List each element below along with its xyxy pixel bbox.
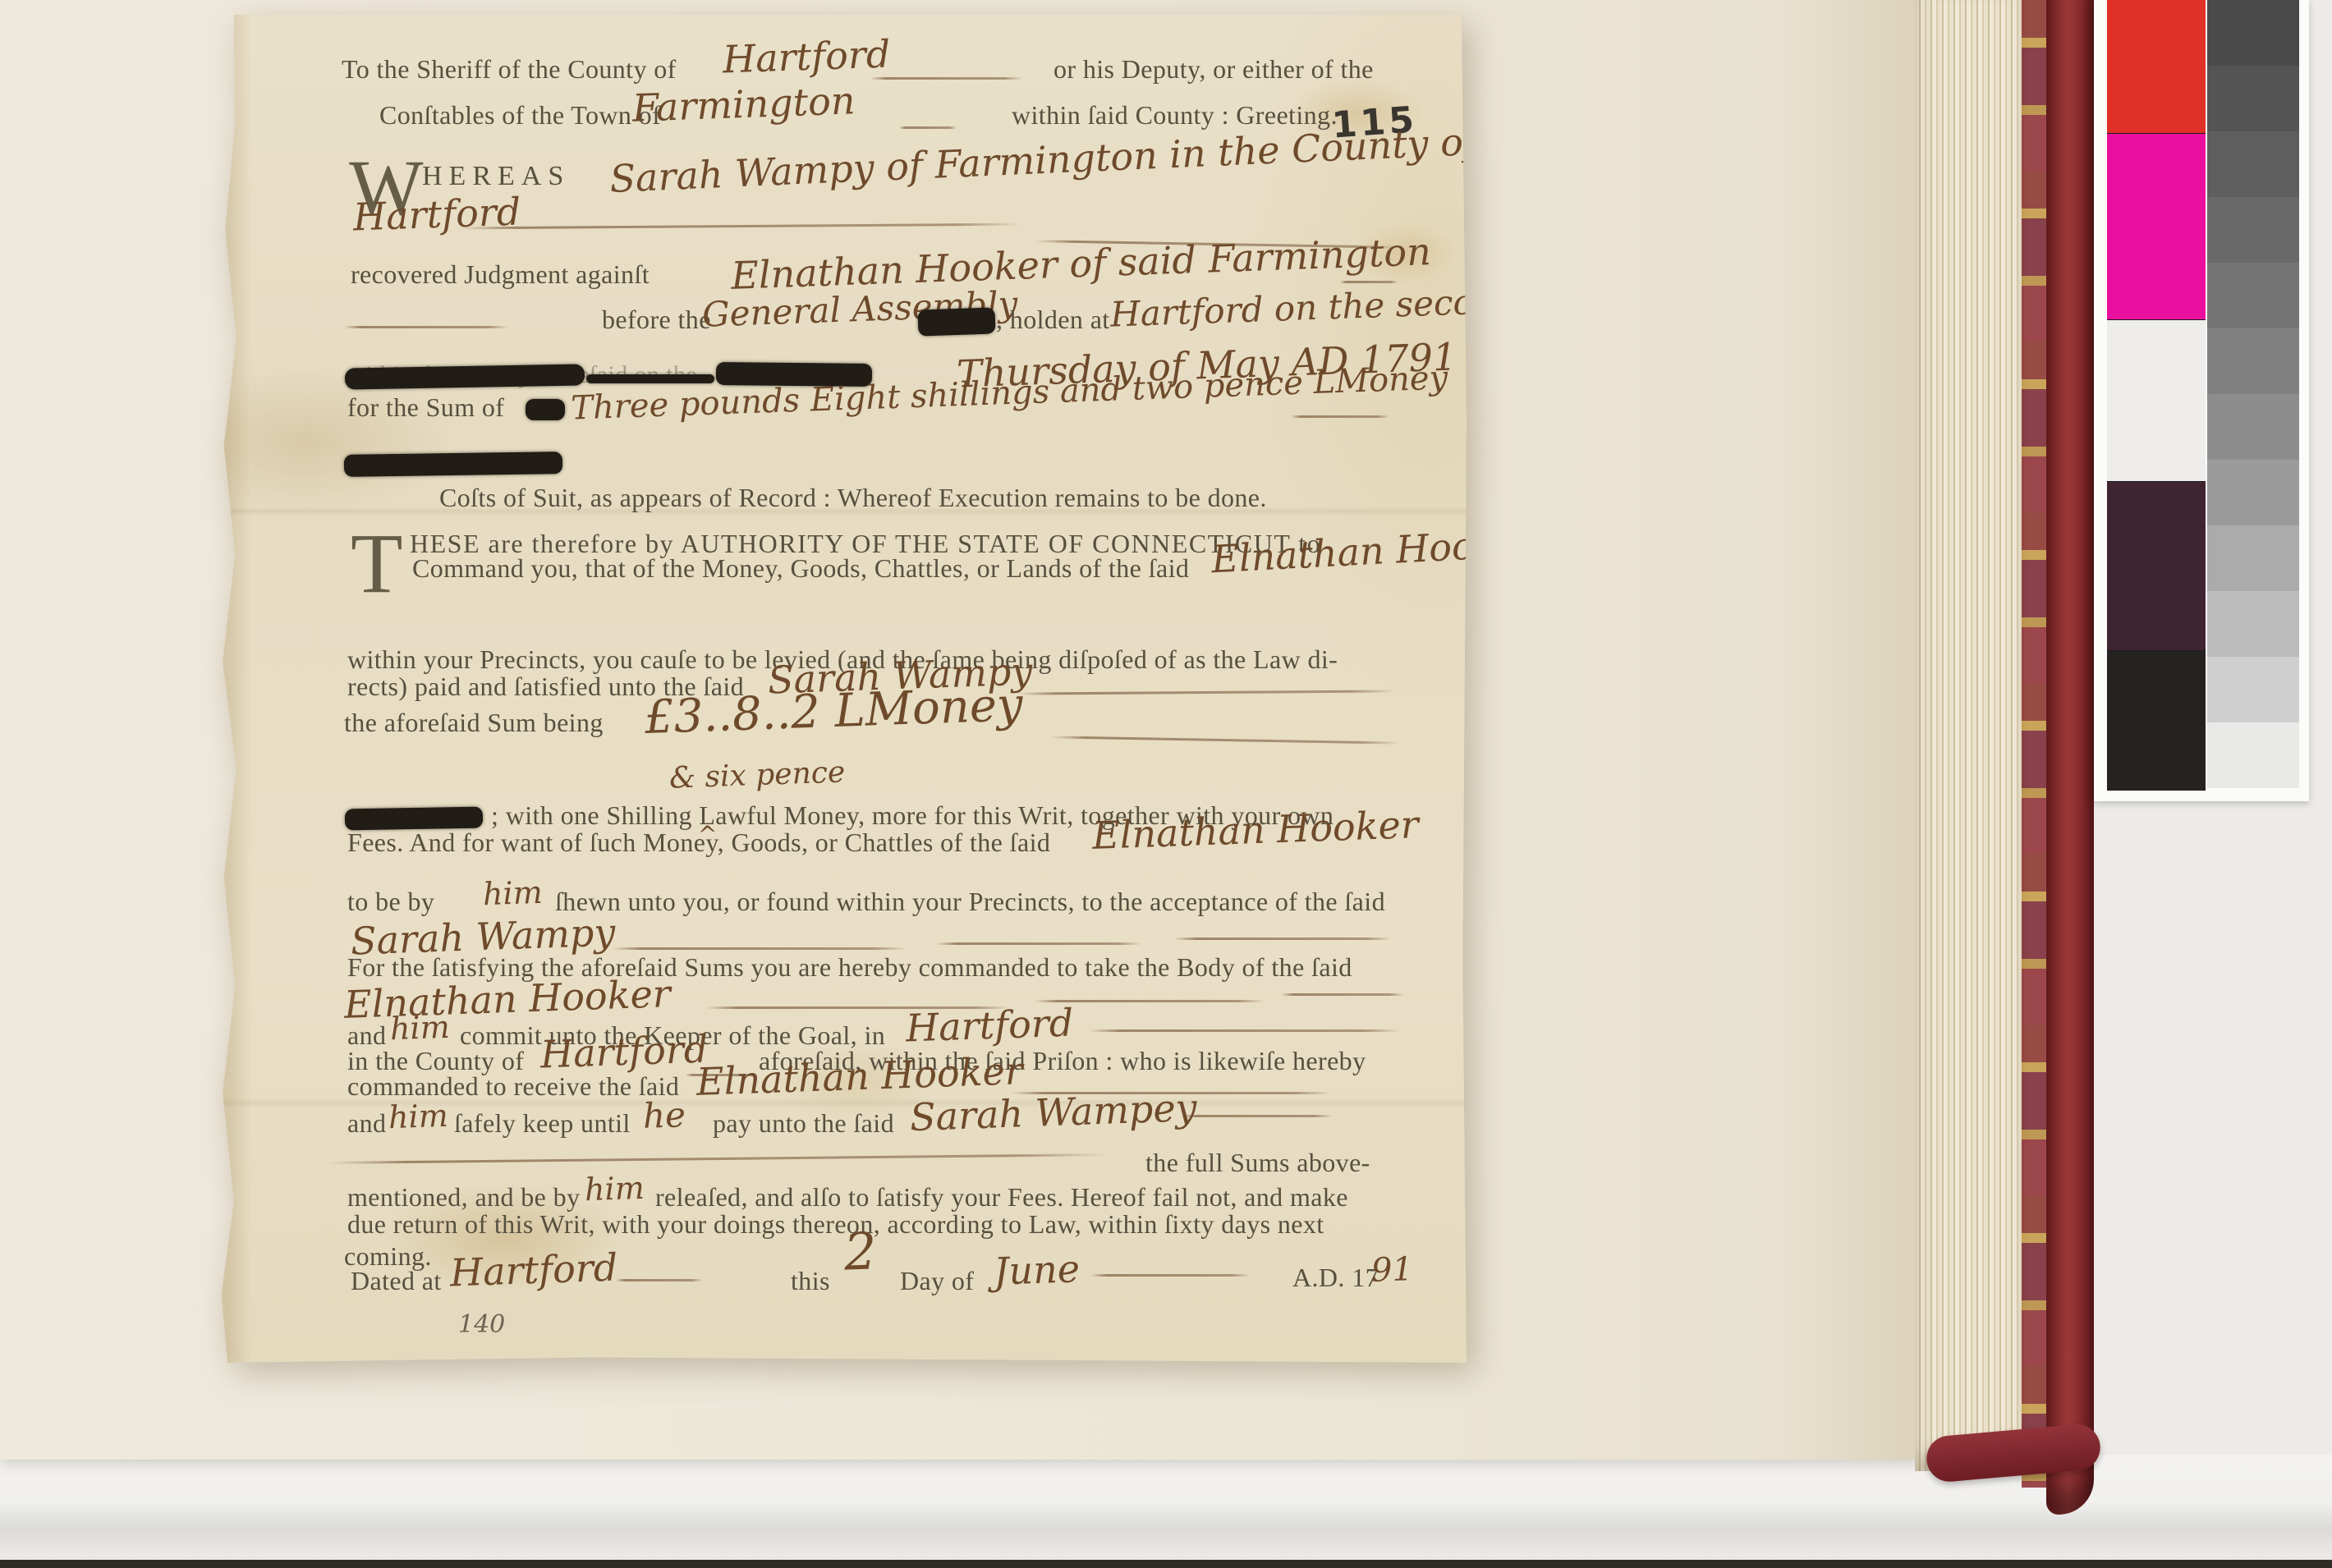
- printed-mentioned-post: releaſed, and alſo to ſatisfy your Fees.…: [655, 1182, 1348, 1213]
- handwritten-town-farmington: Farmington: [631, 78, 856, 130]
- printed-before-the: before the: [602, 305, 711, 335]
- printed-pay-unto: pay unto the ſaid: [713, 1108, 894, 1139]
- handwritten-day-number: 2: [843, 1221, 878, 1281]
- printed-shewn-line: ſhewn unto you, or found within your Pre…: [555, 887, 1385, 917]
- handwritten-county-hartford: Hartford: [722, 31, 891, 81]
- handwritten-pay-to-name: Sarah Wampey: [909, 1085, 1197, 1139]
- ink-blot: [526, 399, 565, 420]
- printed-or-his-deputy: or his Deputy, or either of the: [1054, 54, 1374, 85]
- printed-greeting: within ſaid County : Greeting.: [1012, 100, 1338, 131]
- printed-ad-17: A.D. 17: [1292, 1263, 1379, 1293]
- photo-scene: To the Sheriff of the County of Hartford…: [0, 0, 2332, 1568]
- printed-due-return: due return of this Writ, with your doing…: [347, 1209, 1324, 1240]
- printed-and-2: and: [347, 1108, 386, 1139]
- printed-sheriff-of-county: To the Sheriff of the County of: [342, 54, 677, 85]
- gray-step: [2207, 394, 2299, 460]
- gray-step: [2207, 66, 2299, 131]
- handwritten-year: 91: [1370, 1250, 1413, 1290]
- handwritten-rule: [460, 223, 1022, 230]
- printed-command-line: Command you, that of the Money, Goods, C…: [412, 553, 1189, 584]
- printed-dropcap-t: T: [351, 525, 403, 603]
- color-patch-black: [2107, 651, 2206, 791]
- handwritten-he: he: [642, 1094, 686, 1136]
- leather-cover-edge: [2046, 0, 2094, 1515]
- gray-step: [2207, 460, 2299, 525]
- gray-step: [2207, 657, 2299, 722]
- printed-whereas: HEREAS: [422, 161, 570, 192]
- printed-for-the-sum: for the Sum of: [347, 392, 504, 423]
- printed-safely-keep: ſafely keep until: [454, 1108, 631, 1139]
- handwritten-him: him: [482, 874, 543, 913]
- color-patch-white: [2107, 320, 2206, 482]
- marbled-edge: [2022, 0, 2050, 1488]
- color-bar-patches: [2107, 0, 2206, 791]
- printed-this: this: [791, 1266, 830, 1296]
- printed-holden-at: , holden at: [996, 305, 1110, 335]
- printed-costs-of-suit: Coſts of Suit, as appears of Record : Wh…: [439, 483, 1267, 513]
- handwritten-rule: [1174, 938, 1392, 940]
- writ-document: To the Sheriff of the County of Hartford…: [215, 15, 1467, 1363]
- handwritten-plaintiff-line: Sarah Wampy of Farmington in the County …: [608, 119, 1478, 201]
- handwritten-him: him: [389, 1009, 450, 1048]
- handwritten-him: him: [584, 1170, 645, 1208]
- printed-day-of: Day of: [900, 1266, 974, 1296]
- gray-step: [2207, 525, 2299, 591]
- printed-recovered-judgment: recovered Judgment againſt: [351, 259, 650, 290]
- gray-step: [2207, 263, 2299, 328]
- handwritten-rule: [328, 1153, 1109, 1164]
- gray-step: [2207, 722, 2299, 788]
- printed-dated-at: Dated at: [351, 1266, 442, 1296]
- handwritten-rule: [616, 1279, 702, 1281]
- handwritten-rule: [344, 326, 508, 328]
- ink-blot: [917, 307, 995, 336]
- ink-strike: [586, 374, 714, 383]
- color-patch-maroon: [2107, 482, 2206, 651]
- gray-step: [2207, 131, 2299, 197]
- printed-aforesaid-sum: the aforeſaid Sum being: [344, 708, 604, 738]
- handwritten-insertion-sixpence: & six pence: [668, 755, 846, 795]
- handwritten-holden-place: Hartford on the second: [1109, 280, 1518, 334]
- handwritten-him: him: [388, 1098, 448, 1136]
- gray-step: [2207, 328, 2299, 394]
- handwritten-goal-place: Hartford: [905, 1000, 1074, 1050]
- printed-full-sums: the full Sums above-: [1145, 1148, 1370, 1178]
- printed-to-be-by: to be by: [347, 887, 434, 917]
- printed-shilling-line2: Fees. And for want of ſuch Money, Goods,…: [347, 828, 1050, 858]
- handwritten-rule: [612, 947, 907, 950]
- handwritten-rule: [1089, 1029, 1401, 1032]
- handwritten-rule: [1051, 736, 1400, 744]
- printed-receive-line: commanded to receive the ſaid: [347, 1071, 679, 1102]
- handwritten-rule: [936, 942, 1141, 945]
- handwritten-flourish: [1340, 281, 1398, 283]
- gray-step: [2207, 591, 2299, 657]
- handwritten-dated-place: Hartford: [449, 1245, 618, 1295]
- gray-step: [2207, 0, 2299, 66]
- book-page-edges: [1915, 0, 2028, 1471]
- ink-strike: [345, 364, 585, 389]
- album-footer-number: 140: [458, 1310, 505, 1339]
- handwritten-rule: [1281, 993, 1404, 996]
- gray-scale-steps: [2207, 0, 2299, 788]
- handwritten-month: June: [993, 1246, 1081, 1294]
- handwritten-county-hartford-2: Hartford: [352, 189, 521, 239]
- printed-constables-of-town: Conſtables of the Town of: [379, 100, 661, 131]
- handwritten-rule: [1181, 1115, 1333, 1117]
- handwritten-rule: [1090, 1274, 1251, 1277]
- writ-document-wrap: To the Sheriff of the County of Hartford…: [215, 15, 1467, 1363]
- printed-mentioned-pre: mentioned, and be by: [347, 1182, 580, 1213]
- gray-step: [2207, 197, 2299, 263]
- handwritten-rule: [1018, 690, 1396, 695]
- color-patch-magenta: [2107, 134, 2206, 320]
- ink-strike: [344, 452, 562, 477]
- handwritten-rule: [870, 77, 1022, 80]
- handwritten-rule: [899, 126, 957, 129]
- handwritten-county-hartford-3: Hartford: [539, 1026, 709, 1076]
- photo-bottom-edge: [0, 1560, 2332, 1568]
- table-shadow: [0, 1502, 2332, 1555]
- color-patch-red: [2107, 0, 2206, 134]
- handwritten-rule: [1291, 415, 1389, 418]
